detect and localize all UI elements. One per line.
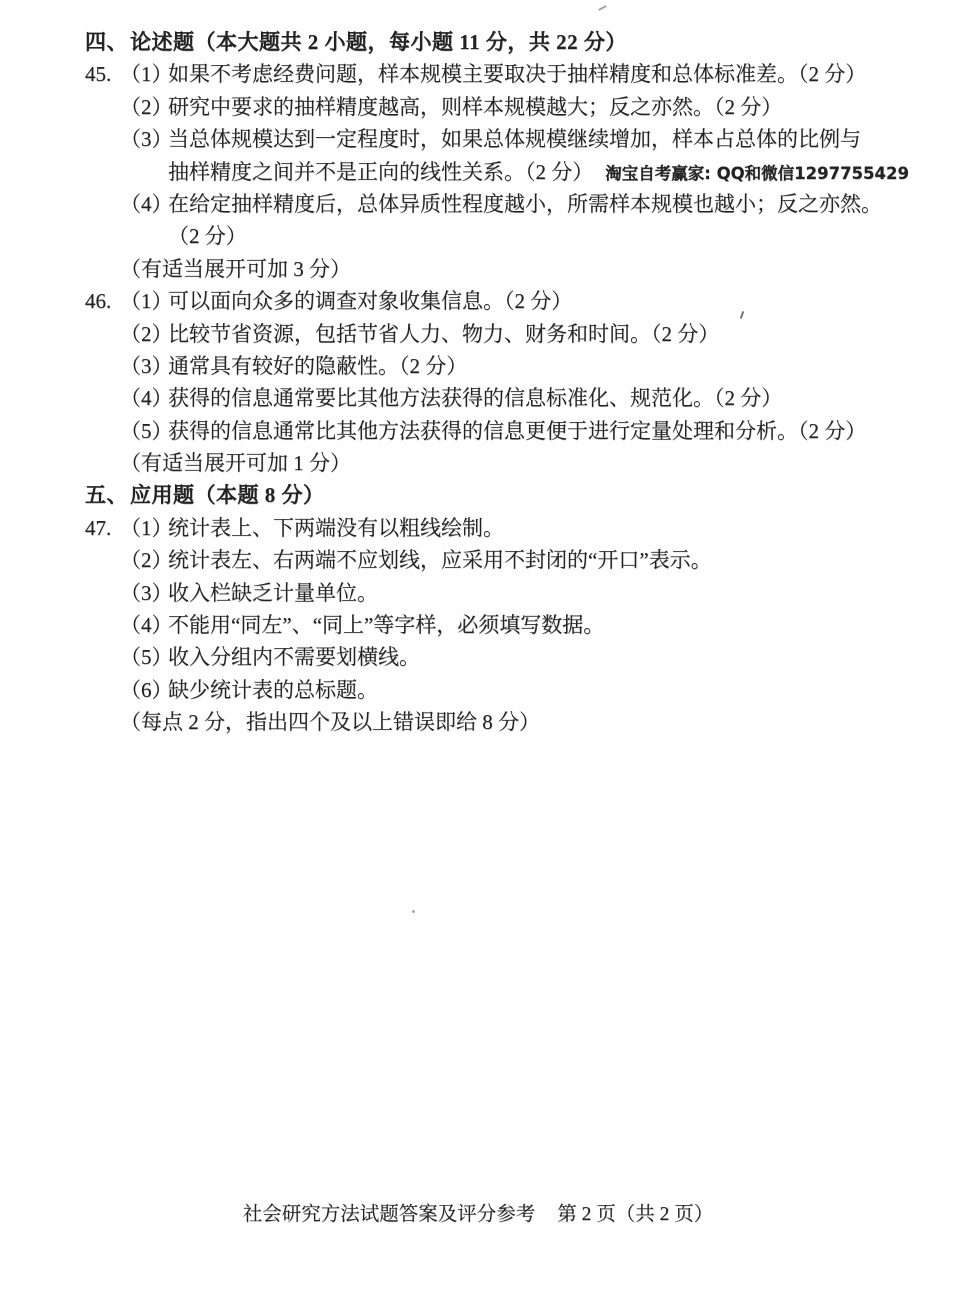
item-marker: （5） (120, 415, 168, 447)
item-marker: （6） (120, 674, 168, 706)
answer-line-46-5: （5） 获得的信息通常比其他方法获得的信息更便于进行定量处理和分析。（2 分） (85, 415, 936, 447)
line-text: 当总体规模达到一定程度时，如果总体规模继续增加，样本占总体的比例与 (168, 123, 861, 155)
answer-content: 四、 论述题（本大题共 2 小题，每小题 11 分，共 22 分） 45. （1… (85, 26, 936, 739)
answer-line-47-6: （6） 缺少统计表的总标题。 (85, 674, 936, 706)
item-marker: （3） (120, 577, 168, 609)
scoring-note-47: （每点 2 分，指出四个及以上错误即给 8 分） (85, 706, 936, 738)
item-marker: （3） (120, 123, 168, 155)
scan-speck-top (598, 5, 607, 11)
question-number: 47. (85, 512, 120, 544)
line-text: 收入分组内不需要划横线。 (168, 641, 420, 673)
item-marker: （2） (120, 544, 168, 576)
line-text: 缺少统计表的总标题。 (168, 674, 378, 706)
section-number: 五、 (85, 479, 128, 511)
section-heading-essay: 四、 论述题（本大题共 2 小题，每小题 11 分，共 22 分） (85, 26, 936, 58)
item-marker: （1） (120, 512, 168, 544)
question-number: 46. (85, 285, 120, 317)
page-footer: 社会研究方法试题答案及评分参考第 2 页（共 2 页） (0, 1202, 956, 1228)
line-text: 通常具有较好的隐蔽性。（2 分） (168, 350, 467, 382)
answer-line-45-3: （3） 当总体规模达到一定程度时，如果总体规模继续增加，样本占总体的比例与 (85, 123, 936, 155)
answer-line-47-1: 47. （1） 统计表上、下两端没有以粗线绘制。 (85, 512, 936, 544)
section-number: 四、 (85, 26, 128, 58)
answer-line-46-4: （4） 获得的信息通常要比其他方法获得的信息标准化、规范化。（2 分） (85, 382, 936, 414)
question-number: 45. (85, 58, 120, 90)
line-text: （2 分） (168, 220, 247, 252)
answer-line-47-4: （4） 不能用“同左”、“同上”等字样，必须填写数据。 (85, 609, 936, 641)
line-text: 研究中要求的抽样精度越高，则样本规模越大；反之亦然。（2 分） (168, 91, 782, 123)
line-text: 收入栏缺乏计量单位。 (168, 577, 378, 609)
answer-line-45-1: 45. （1） 如果不考虑经费问题，样本规模主要取决于抽样精度和总体标准差。（2… (85, 58, 936, 90)
footer-page-number: 第 2 页（共 2 页） (557, 1204, 713, 1225)
answer-line-45-4-cont: （2 分） (85, 220, 936, 252)
line-text: 抽样精度之间并不是正向的线性关系。（2 分） (168, 156, 593, 188)
line-text: 可以面向众多的调查对象收集信息。（2 分） (168, 285, 572, 317)
item-marker: （3） (120, 350, 168, 382)
answer-line-46-3: （3） 通常具有较好的隐蔽性。（2 分） (85, 350, 936, 382)
scan-speck-mid (412, 910, 415, 913)
answer-line-47-3: （3） 收入栏缺乏计量单位。 (85, 577, 936, 609)
scoring-note-46: （有适当展开可加 1 分） (85, 447, 936, 479)
scoring-note-45: （有适当展开可加 3 分） (85, 253, 936, 285)
line-text: （每点 2 分，指出四个及以上错误即给 8 分） (120, 706, 540, 738)
scanned-exam-answer-page: 四、 论述题（本大题共 2 小题，每小题 11 分，共 22 分） 45. （1… (0, 0, 956, 1316)
item-marker: （2） (120, 91, 168, 123)
item-marker: （5） (120, 641, 168, 673)
item-marker: （1） (120, 58, 168, 90)
item-marker: （4） (120, 609, 168, 641)
line-text: 在给定抽样精度后，总体异质性程度越小，所需样本规模也越小；反之亦然。 (168, 188, 882, 220)
line-text: 获得的信息通常比其他方法获得的信息更便于进行定量处理和分析。（2 分） (168, 415, 866, 447)
item-marker: （4） (120, 382, 168, 414)
section-title: 应用题（本题 8 分） (130, 479, 325, 511)
answer-line-45-4: （4） 在给定抽样精度后，总体异质性程度越小，所需样本规模也越小；反之亦然。 (85, 188, 936, 220)
line-text: 统计表上、下两端没有以粗线绘制。 (168, 512, 504, 544)
item-marker: （4） (120, 188, 168, 220)
answer-line-47-5: （5） 收入分组内不需要划横线。 (85, 641, 936, 673)
item-marker: （1） (120, 285, 168, 317)
item-marker: （2） (120, 318, 168, 350)
line-text: 如果不考虑经费问题，样本规模主要取决于抽样精度和总体标准差。（2 分） (168, 58, 866, 90)
line-text: 获得的信息通常要比其他方法获得的信息标准化、规范化。（2 分） (168, 382, 782, 414)
answer-line-46-2: （2） 比较节省资源，包括节省人力、物力、财务和时间。（2 分） (85, 318, 936, 350)
seller-watermark-text: 淘宝自考赢家: QQ和微信1297755429 (605, 158, 909, 190)
answer-line-45-2: （2） 研究中要求的抽样精度越高，则样本规模越大；反之亦然。（2 分） (85, 91, 936, 123)
answer-line-46-1: 46. （1） 可以面向众多的调查对象收集信息。（2 分） (85, 285, 936, 317)
line-text: 统计表左、右两端不应划线，应采用不封闭的“开口”表示。 (168, 544, 712, 576)
section-title: 论述题（本大题共 2 小题，每小题 11 分，共 22 分） (130, 26, 627, 58)
footer-document-title: 社会研究方法试题答案及评分参考 (243, 1204, 536, 1225)
line-text: 不能用“同左”、“同上”等字样，必须填写数据。 (168, 609, 604, 641)
line-text: （有适当展开可加 1 分） (120, 447, 351, 479)
line-text: 比较节省资源，包括节省人力、物力、财务和时间。（2 分） (168, 318, 719, 350)
section-heading-application: 五、 应用题（本题 8 分） (85, 479, 936, 511)
answer-line-47-2: （2） 统计表左、右两端不应划线，应采用不封闭的“开口”表示。 (85, 544, 936, 576)
answer-line-45-3-cont: 抽样精度之间并不是正向的线性关系。（2 分） 淘宝自考赢家: QQ和微信1297… (85, 156, 936, 188)
line-text: （有适当展开可加 3 分） (120, 253, 351, 285)
